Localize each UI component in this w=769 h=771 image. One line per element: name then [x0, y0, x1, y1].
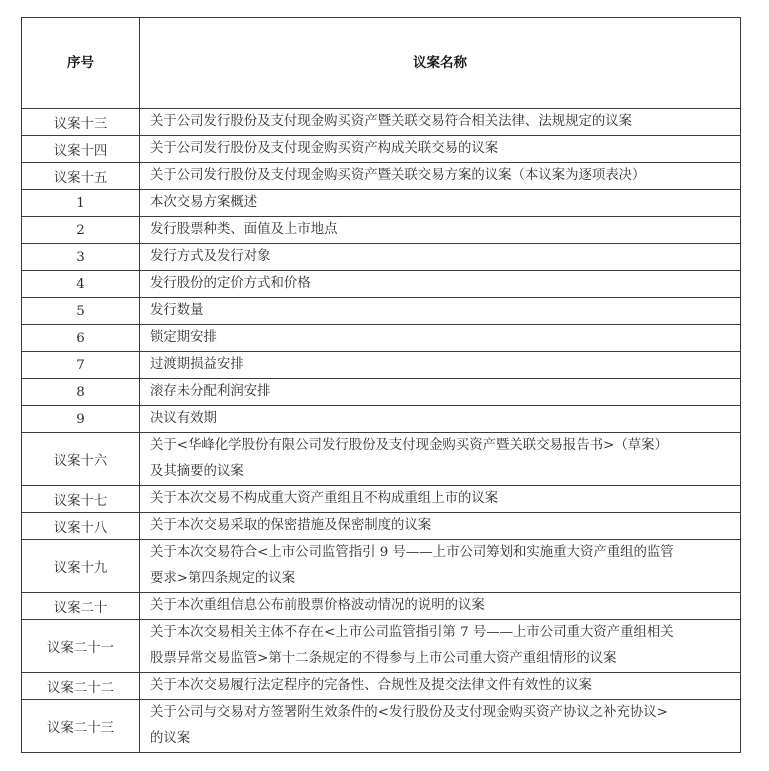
row-proposal-name: 关于公司发行股份及支付现金购买资产暨关联交易符合相关法律、法规规定的议案	[140, 109, 741, 136]
table-row: 4发行股份的定价方式和价格	[22, 271, 741, 298]
proposal-name-line: 及其摘要的议案	[150, 459, 740, 485]
row-number: 1	[22, 190, 140, 217]
row-number: 议案十八	[22, 513, 140, 540]
header-proposal-name: 议案名称	[140, 18, 741, 109]
proposal-name-line: 关于公司发行股份及支付现金购买资产构成关联交易的议案	[150, 136, 740, 162]
table-row: 议案十八关于本次交易采取的保密措施及保密制度的议案	[22, 513, 741, 540]
row-proposal-name: 锁定期安排	[140, 325, 741, 352]
proposal-name-line: 决议有效期	[150, 406, 740, 432]
proposal-name-line: 发行方式及发行对象	[150, 244, 740, 270]
row-number: 议案十五	[22, 163, 140, 190]
row-proposal-name: 发行方式及发行对象	[140, 244, 741, 271]
table-row: 2发行股票种类、面值及上市地点	[22, 217, 741, 244]
row-proposal-name: 关于本次交易采取的保密措施及保密制度的议案	[140, 513, 741, 540]
row-number: 8	[22, 379, 140, 406]
proposal-name-line: 股票异常交易监管>第十二条规定的不得参与上市公司重大资产重组情形的议案	[150, 646, 740, 672]
proposal-name-line: 关于公司与交易对方签署附生效条件的<发行股份及支付现金购买资产协议之补充协议>	[150, 700, 740, 726]
table-row: 议案二十一关于本次交易相关主体不存在<上市公司监管指引第 7 号——上市公司重大…	[22, 620, 741, 673]
proposal-name-line: 本次交易方案概述	[150, 190, 740, 216]
proposal-name-line: 发行数量	[150, 298, 740, 324]
row-number: 4	[22, 271, 140, 298]
table-row: 议案十六关于<华峰化学股份有限公司发行股份及支付现金购买资产暨关联交易报告书>（…	[22, 433, 741, 486]
row-proposal-name: 关于公司发行股份及支付现金购买资产构成关联交易的议案	[140, 136, 741, 163]
proposal-name-line: 关于本次交易相关主体不存在<上市公司监管指引第 7 号——上市公司重大资产重组相…	[150, 620, 740, 646]
table-body: 议案十三关于公司发行股份及支付现金购买资产暨关联交易符合相关法律、法规规定的议案…	[22, 109, 741, 753]
proposal-name-line: 发行股票种类、面值及上市地点	[150, 217, 740, 243]
proposal-name-line: 发行股份的定价方式和价格	[150, 271, 740, 297]
table-row: 议案十三关于公司发行股份及支付现金购买资产暨关联交易符合相关法律、法规规定的议案	[22, 109, 741, 136]
table-row: 议案二十二关于本次交易履行法定程序的完备性、合规性及提交法律文件有效性的议案	[22, 673, 741, 700]
proposal-name-line: 过渡期损益安排	[150, 352, 740, 378]
proposal-name-line: 锁定期安排	[150, 325, 740, 351]
row-number: 2	[22, 217, 140, 244]
row-proposal-name: 关于本次交易符合<上市公司监管指引 9 号——上市公司筹划和实施重大资产重组的监…	[140, 540, 741, 593]
row-proposal-name: 发行数量	[140, 298, 741, 325]
table-header-row: 序号 议案名称	[22, 18, 741, 109]
table-row: 8滚存未分配利润安排	[22, 379, 741, 406]
header-number: 序号	[22, 18, 140, 109]
table-row: 议案十五关于公司发行股份及支付现金购买资产暨关联交易方案的议案（本议案为逐项表决…	[22, 163, 741, 190]
row-proposal-name: 关于本次交易相关主体不存在<上市公司监管指引第 7 号——上市公司重大资产重组相…	[140, 620, 741, 673]
table-row: 3发行方式及发行对象	[22, 244, 741, 271]
row-number: 议案二十	[22, 593, 140, 620]
row-number: 议案二十一	[22, 620, 140, 673]
proposal-name-line: 关于本次交易履行法定程序的完备性、合规性及提交法律文件有效性的议案	[150, 673, 740, 699]
table-row: 7过渡期损益安排	[22, 352, 741, 379]
row-proposal-name: 关于公司发行股份及支付现金购买资产暨关联交易方案的议案（本议案为逐项表决）	[140, 163, 741, 190]
row-proposal-name: 决议有效期	[140, 406, 741, 433]
row-number: 7	[22, 352, 140, 379]
proposal-name-line: 关于<华峰化学股份有限公司发行股份及支付现金购买资产暨关联交易报告书>（草案）	[150, 433, 740, 459]
table-row: 议案二十关于本次重组信息公布前股票价格波动情况的说明的议案	[22, 593, 741, 620]
row-number: 议案二十二	[22, 673, 140, 700]
proposal-name-line: 的议案	[150, 726, 740, 752]
row-number: 议案十四	[22, 136, 140, 163]
proposal-name-line: 关于本次交易不构成重大资产重组且不构成重组上市的议案	[150, 486, 740, 512]
row-number: 3	[22, 244, 140, 271]
table-row: 议案二十三关于公司与交易对方签署附生效条件的<发行股份及支付现金购买资产协议之补…	[22, 700, 741, 753]
proposal-name-line: 关于本次重组信息公布前股票价格波动情况的说明的议案	[150, 593, 740, 619]
row-number: 议案十三	[22, 109, 140, 136]
table-row: 议案十四关于公司发行股份及支付现金购买资产构成关联交易的议案	[22, 136, 741, 163]
proposals-table: 序号 议案名称 议案十三关于公司发行股份及支付现金购买资产暨关联交易符合相关法律…	[21, 17, 741, 753]
row-proposal-name: 关于本次交易不构成重大资产重组且不构成重组上市的议案	[140, 486, 741, 513]
proposal-name-line: 关于本次交易采取的保密措施及保密制度的议案	[150, 513, 740, 539]
row-proposal-name: 过渡期损益安排	[140, 352, 741, 379]
row-proposal-name: 关于本次交易履行法定程序的完备性、合规性及提交法律文件有效性的议案	[140, 673, 741, 700]
row-number: 议案十七	[22, 486, 140, 513]
row-proposal-name: 滚存未分配利润安排	[140, 379, 741, 406]
row-proposal-name: 发行股票种类、面值及上市地点	[140, 217, 741, 244]
proposal-name-line: 关于本次交易符合<上市公司监管指引 9 号——上市公司筹划和实施重大资产重组的监…	[150, 540, 740, 566]
table-row: 6锁定期安排	[22, 325, 741, 352]
row-proposal-name: 关于公司与交易对方签署附生效条件的<发行股份及支付现金购买资产协议之补充协议>的…	[140, 700, 741, 753]
table-row: 5发行数量	[22, 298, 741, 325]
row-proposal-name: 本次交易方案概述	[140, 190, 741, 217]
proposal-name-line: 要求>第四条规定的议案	[150, 566, 740, 592]
table-row: 9决议有效期	[22, 406, 741, 433]
proposal-name-line: 关于公司发行股份及支付现金购买资产暨关联交易符合相关法律、法规规定的议案	[150, 109, 740, 135]
row-proposal-name: 关于本次重组信息公布前股票价格波动情况的说明的议案	[140, 593, 741, 620]
row-proposal-name: 发行股份的定价方式和价格	[140, 271, 741, 298]
row-number: 议案十九	[22, 540, 140, 593]
proposal-name-line: 关于公司发行股份及支付现金购买资产暨关联交易方案的议案（本议案为逐项表决）	[150, 163, 740, 189]
table-row: 议案十七关于本次交易不构成重大资产重组且不构成重组上市的议案	[22, 486, 741, 513]
proposal-name-line: 滚存未分配利润安排	[150, 379, 740, 405]
table-row: 议案十九关于本次交易符合<上市公司监管指引 9 号——上市公司筹划和实施重大资产…	[22, 540, 741, 593]
row-number: 9	[22, 406, 140, 433]
table-row: 1本次交易方案概述	[22, 190, 741, 217]
row-number: 议案十六	[22, 433, 140, 486]
row-number: 议案二十三	[22, 700, 140, 753]
row-proposal-name: 关于<华峰化学股份有限公司发行股份及支付现金购买资产暨关联交易报告书>（草案）及…	[140, 433, 741, 486]
row-number: 5	[22, 298, 140, 325]
row-number: 6	[22, 325, 140, 352]
